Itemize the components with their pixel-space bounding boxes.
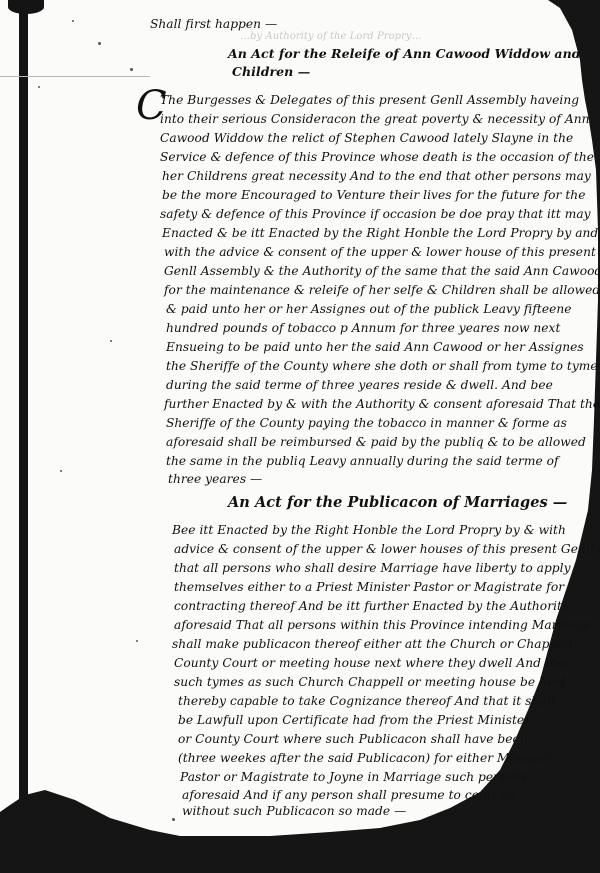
act1-line: Service & defence of this Province whose… xyxy=(160,151,594,163)
act2-line: or County Court where such Publicacon sh… xyxy=(178,733,528,745)
manuscript-text: Shall first happen — …by Authority of th… xyxy=(0,0,600,873)
act1-line: into their serious Consideracon the grea… xyxy=(160,113,590,125)
act2-line: County Court or meeting house next where… xyxy=(174,657,570,669)
act2-line: aforesaid And if any person shall presum… xyxy=(182,789,517,801)
act2-line: Bee itt Enacted by the Right Honble the … xyxy=(172,524,566,536)
act1-line: three yeares — xyxy=(168,473,262,485)
act2-line: that all persons who shall desire Marria… xyxy=(174,562,571,574)
act2-line: without such Publicacon so made — xyxy=(182,805,406,817)
act1-line: with the advice & consent of the upper &… xyxy=(164,246,596,258)
bleedthrough-text: …by Authority of the Lord Propry… xyxy=(240,32,422,42)
act1-title-cont: Children — xyxy=(232,66,310,79)
act1-line: & paid unto her or her Assignes out of t… xyxy=(166,303,572,315)
act2-title: An Act for the Publicacon of Marriages — xyxy=(228,496,567,511)
act2-line: such tymes as such Church Chappell or me… xyxy=(174,676,566,688)
act1-line: the Sheriffe of the County where she dot… xyxy=(166,360,598,372)
act2-line: contracting thereof And be itt further E… xyxy=(174,600,569,612)
act1-line: safety & defence of this Province if occ… xyxy=(160,208,591,220)
act1-line: aforesaid shall be reimbursed & paid by … xyxy=(166,436,586,448)
act2-line: Pastor or Magistrate to Joyne in Marriag… xyxy=(180,771,527,783)
carryover-line: Shall first happen — xyxy=(150,18,277,30)
act1-line: The Burgesses & Delegates of this presen… xyxy=(160,94,579,106)
act1-line: Enacted & be itt Enacted by the Right Ho… xyxy=(162,227,598,239)
act2-line: (three weekes after the said Publicacon)… xyxy=(178,752,550,764)
act1-line: be the more Encouraged to Venture their … xyxy=(162,189,585,201)
act1-line: Sheriffe of the County paying the tobacc… xyxy=(166,417,567,429)
act1-title: An Act for the Releife of Ann Cawood Wid… xyxy=(228,48,581,61)
act1-line: further Enacted by & with the Authority … xyxy=(164,398,600,410)
act1-line: Cawood Widdow the relict of Stephen Cawo… xyxy=(160,132,573,144)
act1-line: hundred pounds of tobacco p Annum for th… xyxy=(166,322,560,334)
act1-line: Genll Assembly & the Authority of the sa… xyxy=(164,265,600,277)
act2-line: shall make publicacon thereof either att… xyxy=(172,638,572,650)
act2-line: be Lawfull upon Certificate had from the… xyxy=(178,714,530,726)
act1-line: her Childrens great necessity And to the… xyxy=(162,170,591,182)
act1-line: Ensueing to be paid unto her the said An… xyxy=(166,341,584,353)
act1-line: for the maintenance & releife of her sel… xyxy=(164,284,600,296)
act2-line: thereby capable to take Cognizance there… xyxy=(178,695,555,707)
act2-line: aforesaid That all persons within this P… xyxy=(174,619,590,631)
act1-line: the same in the publiq Leavy annually du… xyxy=(166,455,559,467)
manuscript-scan: Shall first happen — …by Authority of th… xyxy=(0,0,600,873)
act1-line: during the said terme of three yeares re… xyxy=(166,379,553,391)
act2-line: advice & consent of the upper & lower ho… xyxy=(174,543,600,555)
act2-line: themselves either to a Priest Minister P… xyxy=(174,581,564,593)
